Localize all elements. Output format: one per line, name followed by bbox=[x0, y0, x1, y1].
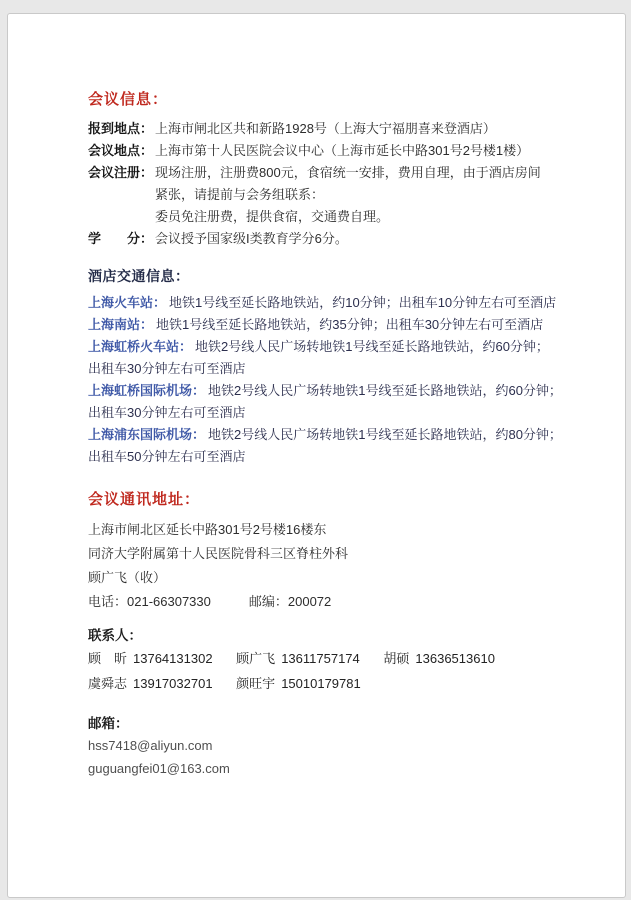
contact-phone: 13636513610 bbox=[415, 651, 495, 666]
phone-number: 021-66307330 bbox=[127, 594, 211, 609]
station-name: 上海虹桥国际机场： bbox=[88, 383, 205, 398]
transport-line-continuation: 出租车30分钟左右可至酒店 bbox=[88, 358, 581, 380]
contacts-heading: 联系人： bbox=[88, 626, 581, 646]
transport-line: 上海虹桥火车站：地铁2号线人民广场转地铁1号线至延长路地铁站，约60分钟； bbox=[88, 336, 581, 358]
field-value: 委员免注册费，提供食宿，交通费自理。 bbox=[155, 206, 581, 228]
document-content: 会议信息： 报到地点： 上海市闸北区共和新路1928号（上海大宁福朋喜来登酒店）… bbox=[8, 14, 625, 780]
section-mailing-address: 会议通讯地址： 上海市闸北区延长中路301号2号楼16楼东 同济大学附属第十人民… bbox=[88, 490, 581, 614]
contact-phone: 13764131302 bbox=[133, 651, 213, 666]
transport-line: 上海浦东国际机场：地铁2号线人民广场转地铁1号线至延长路地铁站，约80分钟； bbox=[88, 424, 581, 446]
address-line: 顾广飞（收） bbox=[88, 566, 581, 590]
field-value: 紧张，请提前与会务组联系： bbox=[155, 184, 581, 206]
info-row-venue: 会议地点： 上海市第十人民医院会议中心（上海市延长中路301号2号楼1楼） bbox=[88, 140, 581, 162]
info-row-registration: 会议注册： 现场注册，注册费800元，食宿统一安排，费用自理，由于酒店房间 bbox=[88, 162, 581, 184]
contact-phone: 15010179781 bbox=[281, 676, 361, 691]
section-email: 邮箱： hss7418@aliyun.com guguangfei01@163.… bbox=[88, 714, 581, 780]
contact: 颜旺宇15010179781 bbox=[236, 671, 361, 696]
zip-label: 邮编： bbox=[249, 594, 288, 609]
contact-name: 颜旺宇 bbox=[236, 676, 275, 691]
contact: 虞舜志13917032701 bbox=[88, 671, 213, 696]
section-transport: 酒店交通信息： 上海火车站：地铁1号线至延长路地铁站，约10分钟；出租车10分钟… bbox=[88, 266, 581, 468]
phone-zip-row: 电话：021-66307330邮编：200072 bbox=[88, 590, 581, 614]
document-page: 会议信息： 报到地点： 上海市闸北区共和新路1928号（上海大宁福朋喜来登酒店）… bbox=[7, 13, 626, 898]
transport-heading: 酒店交通信息： bbox=[88, 266, 581, 286]
transport-line-continuation: 出租车50分钟左右可至酒店 bbox=[88, 446, 581, 468]
contact-phone: 13917032701 bbox=[133, 676, 213, 691]
contact: 顾 昕13764131302 bbox=[88, 646, 213, 671]
field-label: 报到地点： bbox=[88, 118, 155, 140]
transport-line: 上海虹桥国际机场：地铁2号线人民广场转地铁1号线至延长路地铁站，约60分钟； bbox=[88, 380, 581, 402]
contact-name: 顾 昕 bbox=[88, 651, 127, 666]
address-line: 同济大学附属第十人民医院骨科三区脊柱外科 bbox=[88, 542, 581, 566]
transport-line: 上海南站：地铁1号线至延长路地铁站，约35分钟；出租车30分钟左右可至酒店 bbox=[88, 314, 581, 336]
contact-name: 胡硕 bbox=[383, 651, 409, 666]
transport-text: 地铁2号线人民广场转地铁1号线至延长路地铁站，约60分钟； bbox=[195, 339, 549, 354]
field-value: 会议授予国家级I类教育学分6分。 bbox=[155, 228, 581, 250]
field-label: 会议注册： bbox=[88, 162, 155, 184]
transport-text: 出租车30分钟左右可至酒店 bbox=[88, 405, 245, 420]
field-value: 现场注册，注册费800元，食宿统一安排，费用自理，由于酒店房间 bbox=[155, 162, 581, 184]
email-address: guguangfei01@163.com bbox=[88, 757, 581, 780]
contact-name: 虞舜志 bbox=[88, 676, 127, 691]
info-row-registration-cont1: 紧张，请提前与会务组联系： bbox=[88, 184, 581, 206]
contact: 顾广飞13611757174 bbox=[236, 646, 360, 671]
phone-label: 电话： bbox=[88, 594, 127, 609]
contact-name: 顾广飞 bbox=[236, 651, 275, 666]
transport-text: 地铁2号线人民广场转地铁1号线至延长路地铁站，约80分钟； bbox=[208, 427, 562, 442]
field-label: 会议地点： bbox=[88, 140, 155, 162]
field-value: 上海市闸北区共和新路1928号（上海大宁福朋喜来登酒店） bbox=[155, 118, 581, 140]
info-row-credits: 学 分： 会议授予国家级I类教育学分6分。 bbox=[88, 228, 581, 250]
station-name: 上海南站： bbox=[88, 317, 153, 332]
email-address: hss7418@aliyun.com bbox=[88, 734, 581, 757]
station-name: 上海浦东国际机场： bbox=[88, 427, 205, 442]
contact-row: 顾 昕13764131302 顾广飞13611757174 胡硕13636513… bbox=[88, 646, 581, 671]
transport-text: 地铁2号线人民广场转地铁1号线至延长路地铁站，约60分钟； bbox=[208, 383, 562, 398]
info-row-checkin: 报到地点： 上海市闸北区共和新路1928号（上海大宁福朋喜来登酒店） bbox=[88, 118, 581, 140]
info-row-registration-cont2: 委员免注册费，提供食宿，交通费自理。 bbox=[88, 206, 581, 228]
station-name: 上海火车站： bbox=[88, 295, 166, 310]
transport-line-continuation: 出租车30分钟左右可至酒店 bbox=[88, 402, 581, 424]
contact-phone: 13611757174 bbox=[281, 651, 360, 666]
transport-text: 出租车30分钟左右可至酒店 bbox=[88, 361, 245, 376]
field-label bbox=[88, 184, 155, 206]
transport-text: 出租车50分钟左右可至酒店 bbox=[88, 449, 245, 464]
station-name: 上海虹桥火车站： bbox=[88, 339, 192, 354]
mailing-address-heading: 会议通讯地址： bbox=[88, 490, 581, 510]
transport-text: 地铁1号线至延长路地铁站，约10分钟；出租车10分钟左右可至酒店 bbox=[169, 295, 556, 310]
section-meeting-info: 会议信息： 报到地点： 上海市闸北区共和新路1928号（上海大宁福朋喜来登酒店）… bbox=[88, 90, 581, 250]
transport-line: 上海火车站：地铁1号线至延长路地铁站，约10分钟；出租车10分钟左右可至酒店 bbox=[88, 292, 581, 314]
contact-row: 虞舜志13917032701 颜旺宇15010179781 bbox=[88, 671, 581, 696]
transport-text: 地铁1号线至延长路地铁站，约35分钟；出租车30分钟左右可至酒店 bbox=[156, 317, 543, 332]
section-contacts: 联系人： 顾 昕13764131302 顾广飞13611757174 胡硕136… bbox=[88, 626, 581, 696]
field-value: 上海市第十人民医院会议中心（上海市延长中路301号2号楼1楼） bbox=[155, 140, 581, 162]
zip-code: 200072 bbox=[288, 594, 331, 609]
email-heading: 邮箱： bbox=[88, 714, 581, 734]
address-line: 上海市闸北区延长中路301号2号楼16楼东 bbox=[88, 518, 581, 542]
field-label: 学 分： bbox=[88, 228, 155, 250]
field-label bbox=[88, 206, 155, 228]
meeting-info-heading: 会议信息： bbox=[88, 90, 581, 110]
contact: 胡硕13636513610 bbox=[383, 646, 495, 671]
